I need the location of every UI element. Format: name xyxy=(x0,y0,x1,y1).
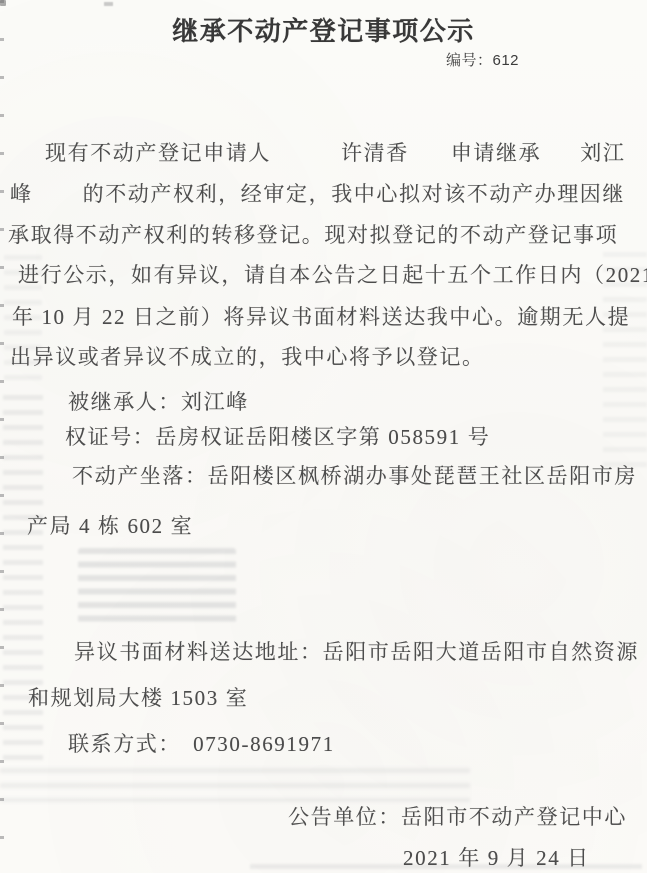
paragraph-line-3: 承取得不动产权利的转移登记。现对拟登记的不动产登记事项 xyxy=(8,223,618,247)
paragraph-line-1-middle: 申请继承 xyxy=(451,141,541,165)
deceased-name-part-2: 峰 xyxy=(10,182,33,206)
objection-address-line-2: 和规划局大楼 1503 室 xyxy=(28,686,248,710)
paragraph-line-5: 年 10 月 22 日之前）将异议书面材料送达我中心。逾期无人提 xyxy=(12,305,630,329)
scan-left-edge-ticks xyxy=(0,0,4,873)
inheritance-registration-notice-document: 继承不动产登记事项公示 编号：612 现有不动产登记申请人许清香申请继承刘江 峰… xyxy=(0,0,647,873)
paragraph-line-1: 现有不动产登记申请人许清香申请继承刘江 xyxy=(45,141,625,165)
scan-spot-top xyxy=(104,2,113,6)
issue-date-line: 2021 年 9 月 24 日 xyxy=(403,846,590,870)
page-title: 继承不动产登记事项公示 xyxy=(172,11,475,48)
scan-spot-top-left xyxy=(0,0,6,6)
objection-address-line-1: 异议书面材料送达地址：岳阳市岳阳大道岳阳市自然资源 xyxy=(74,640,639,664)
issuer-line: 公告单位：岳阳市不动产登记中心 xyxy=(288,805,627,829)
certificate-number-line: 权证号：岳房权证岳阳楼区字第 058591 号 xyxy=(65,425,490,449)
contact-line: 联系方式： 0730-8691971 xyxy=(68,732,335,756)
property-location-line-2: 产局 4 栋 602 室 xyxy=(27,514,193,538)
applicant-name: 许清香 xyxy=(341,141,409,165)
paragraph-line-4: 进行公示，如有异议，请自本公告之日起十五个工作日内（2021 xyxy=(18,263,647,287)
deceased-person-line: 被继承人：刘江峰 xyxy=(68,390,249,414)
scan-bleed-bottom-band xyxy=(0,768,470,802)
paragraph-line-2: 峰的不动产权利，经审定，我中心拟对该不动产办理因继 xyxy=(10,182,625,206)
paragraph-line-2-text: 的不动产权利，经审定，我中心拟对该不动产办理因继 xyxy=(83,182,625,206)
paragraph-line-6: 出异议或者异议不成立的，我中心将予以登记。 xyxy=(10,345,485,369)
scan-bleed-mid-block xyxy=(78,548,236,624)
property-location-line-1: 不动产坐落：岳阳楼区枫桥湖办事处琵琶王社区岳阳市房 xyxy=(72,464,637,488)
paragraph-line-1-prefix: 现有不动产登记申请人 xyxy=(45,141,271,165)
doc-number: 编号：612 xyxy=(446,49,519,70)
deceased-name-part-1: 刘江 xyxy=(580,141,625,165)
